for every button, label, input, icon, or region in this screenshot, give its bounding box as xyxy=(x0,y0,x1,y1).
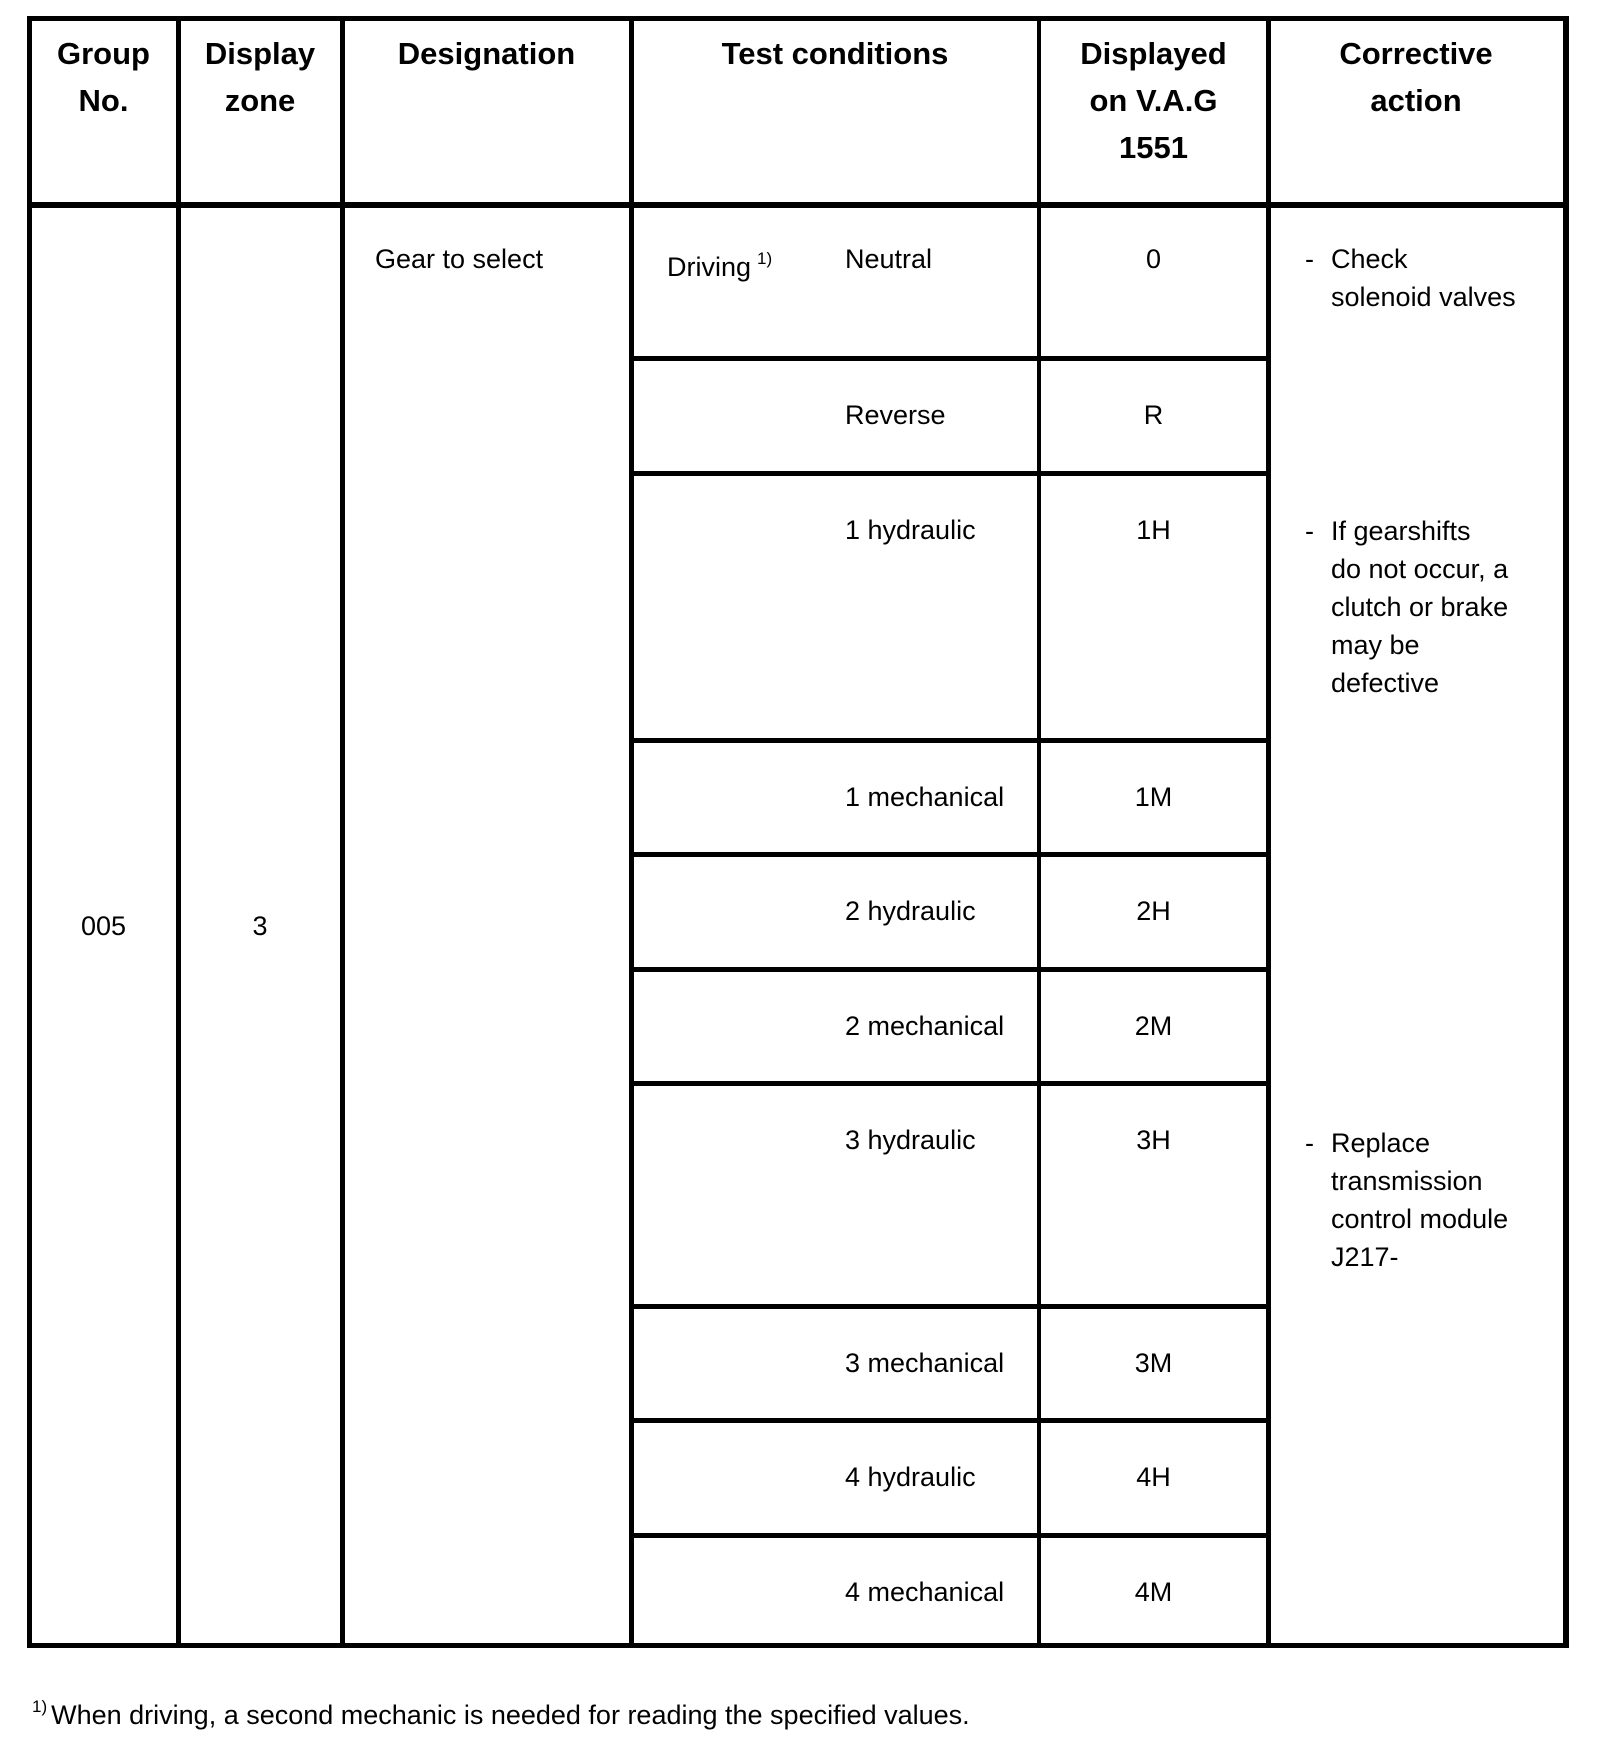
test-condition: 4 mechanical xyxy=(845,1573,1004,1611)
test-condition-label: Driving1) xyxy=(667,248,772,290)
displayed-value: 0 xyxy=(1039,240,1268,278)
test-condition: 3 mechanical xyxy=(845,1344,1004,1382)
driving-label: Driving xyxy=(667,252,751,282)
displayed-value: 1M xyxy=(1039,778,1268,816)
displayed-value: 2M xyxy=(1039,1007,1268,1045)
column-header: Corrective action xyxy=(1272,30,1560,124)
row-divider xyxy=(631,1533,1268,1538)
displayed-value: 4M xyxy=(1039,1573,1268,1611)
bullet-dash: - xyxy=(1305,240,1314,278)
bullet-dash: - xyxy=(1305,1124,1314,1162)
row-divider xyxy=(631,471,1268,476)
test-condition: 4 hydraulic xyxy=(845,1458,976,1496)
displayed-value: 2H xyxy=(1039,892,1268,930)
row-divider xyxy=(631,1081,1268,1086)
test-condition: 2 mechanical xyxy=(845,1007,1004,1045)
test-condition: 2 hydraulic xyxy=(845,892,976,930)
footnote-ref: 1) xyxy=(32,1697,47,1716)
footnote: 1)When driving, a second mechanic is nee… xyxy=(32,1700,970,1731)
table-border-right xyxy=(1563,16,1569,1648)
corrective-action-text: Replace transmission control module J217… xyxy=(1331,1124,1561,1276)
displayed-value: 3H xyxy=(1039,1121,1268,1159)
display-zone: 3 xyxy=(178,907,342,945)
row-divider xyxy=(631,1304,1268,1309)
test-condition: Reverse xyxy=(845,396,946,434)
column-header: Test conditions xyxy=(635,30,1035,77)
footnote-ref: 1) xyxy=(757,249,772,268)
column-header: Designation xyxy=(346,30,627,77)
table-border-bottom xyxy=(29,1643,1569,1648)
footnote-text: When driving, a second mechanic is neede… xyxy=(51,1700,970,1730)
displayed-value: 4H xyxy=(1039,1458,1268,1496)
header-divider xyxy=(29,202,1569,208)
table-border-left xyxy=(27,16,32,1648)
group-number: 005 xyxy=(29,907,178,945)
table-border-top xyxy=(29,16,1569,21)
diagnostic-table: Group No.Display zoneDesignationTest con… xyxy=(29,16,1564,1648)
test-condition: Neutral xyxy=(845,240,932,278)
row-divider xyxy=(631,356,1268,361)
row-divider xyxy=(631,1418,1268,1423)
displayed-value: R xyxy=(1039,396,1268,434)
bullet-dash: - xyxy=(1305,512,1314,550)
designation: Gear to select xyxy=(375,240,543,278)
column-divider xyxy=(629,16,634,1648)
corrective-action-text: If gearshifts do not occur, a clutch or … xyxy=(1331,512,1561,702)
test-condition: 1 hydraulic xyxy=(845,511,976,549)
test-condition: 1 mechanical xyxy=(845,778,1004,816)
column-divider xyxy=(176,16,181,1648)
row-divider xyxy=(631,852,1268,857)
column-header: Displayed on V.A.G 1551 xyxy=(1043,30,1264,171)
displayed-value: 3M xyxy=(1039,1344,1268,1382)
row-divider xyxy=(631,738,1268,743)
column-header: Group No. xyxy=(33,30,174,124)
column-divider xyxy=(340,16,345,1648)
test-condition: 3 hydraulic xyxy=(845,1121,976,1159)
column-header: Display zone xyxy=(182,30,338,124)
displayed-value: 1H xyxy=(1039,511,1268,549)
corrective-action-text: Check solenoid valves xyxy=(1331,240,1561,316)
row-divider xyxy=(631,967,1268,972)
